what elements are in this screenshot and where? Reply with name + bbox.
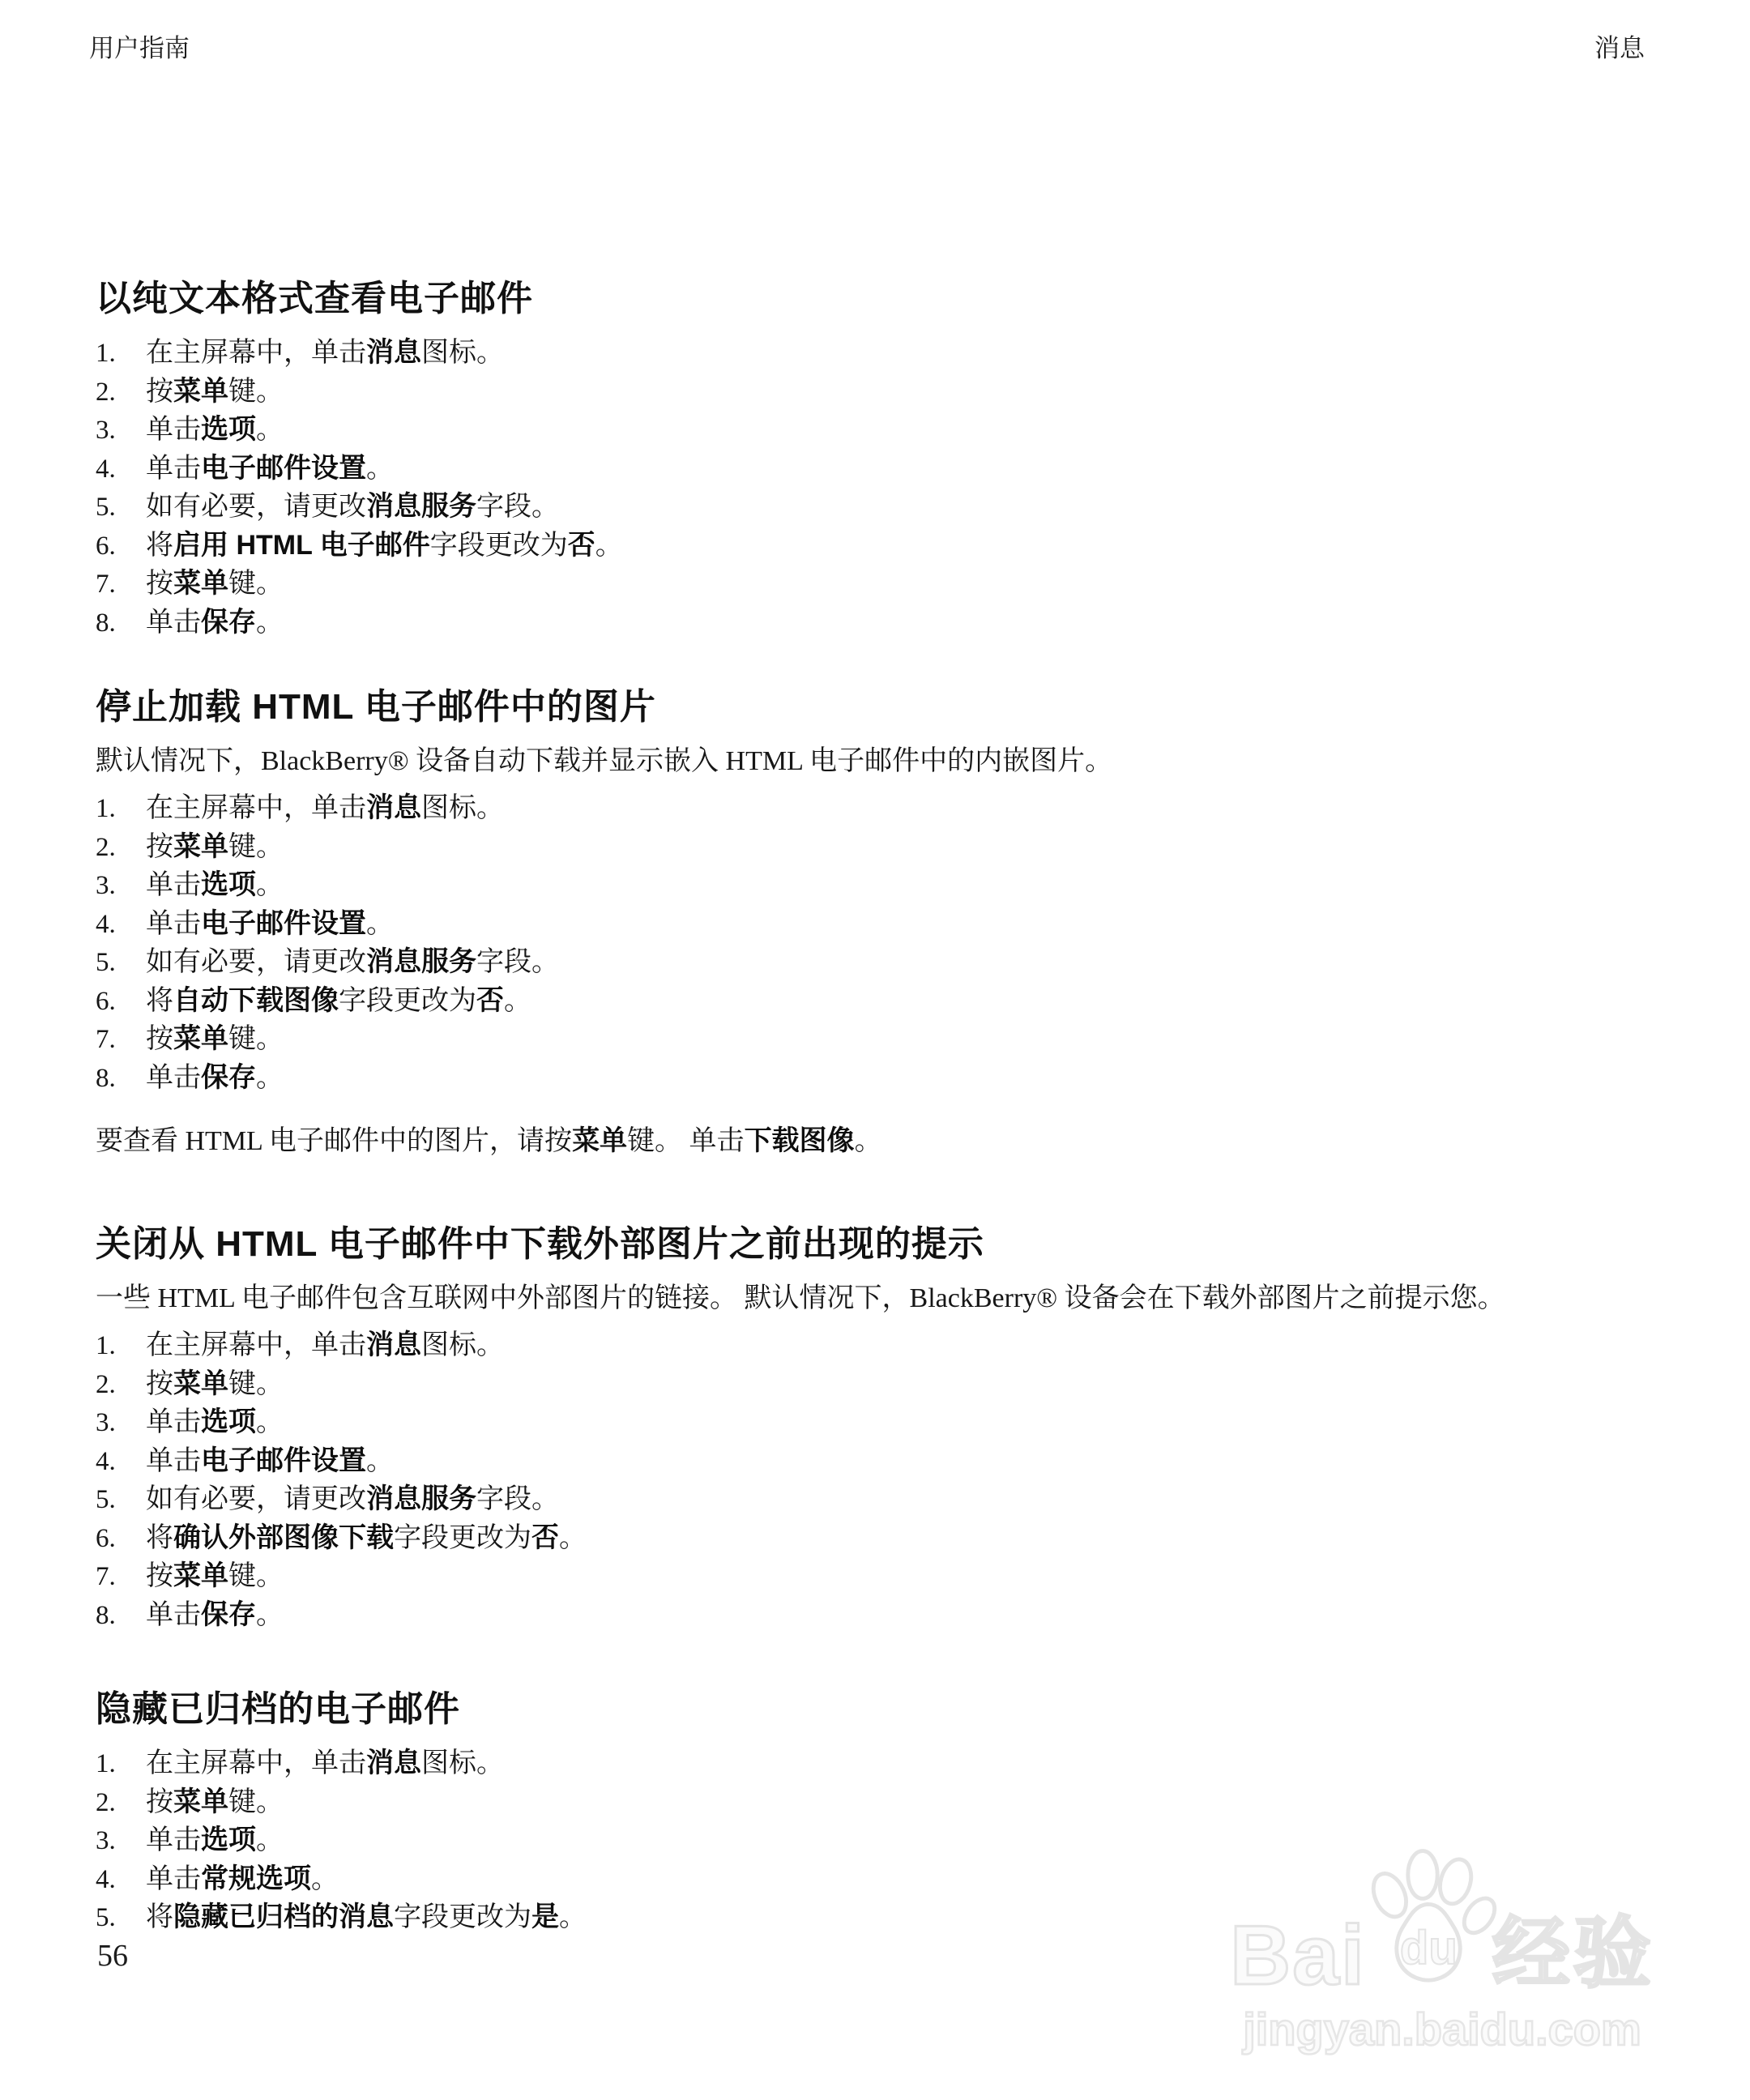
step-item: 6.将确认外部图像下载字段更改为否。 [96, 1519, 1649, 1558]
step-number: 5. [96, 1481, 146, 1519]
step-text: 如有必要，请更改消息服务字段。 [146, 943, 1649, 982]
step-item: 5.将隐藏已归档的消息字段更改为是。 [96, 1898, 1649, 1937]
step-number: 6. [96, 527, 146, 566]
step-item: 2.按菜单键。 [96, 828, 1649, 867]
step-number: 3. [96, 867, 146, 905]
section-title: 以纯文本格式查看电子邮件 [96, 277, 1649, 321]
watermark-url: jingyan.baidu.com [1215, 2004, 1669, 2055]
section-intro: 一些 HTML 电子邮件包含互联网中外部图片的链接。 默认情况下，BlackBe… [96, 1279, 1649, 1318]
step-number: 3. [96, 412, 146, 450]
step-text: 单击常规选项。 [146, 1860, 1649, 1899]
step-item: 5.如有必要，请更改消息服务字段。 [96, 1480, 1649, 1519]
section-title: 停止加载 HTML 电子邮件中的图片 [96, 685, 1649, 729]
step-item: 8.单击保存。 [96, 604, 1649, 642]
section-stop-loading-html-pictures: 停止加载 HTML 电子邮件中的图片 默认情况下，BlackBerry® 设备自… [96, 685, 1649, 1161]
step-number: 7. [96, 1558, 146, 1596]
step-number: 1. [96, 1327, 146, 1365]
step-number: 8. [96, 604, 146, 642]
step-item: 4.单击电子邮件设置。 [96, 1442, 1649, 1481]
section-hide-filed-email: 隐藏已归档的电子邮件 1.在主屏幕中，单击消息图标。2.按菜单键。3.单击选项。… [96, 1688, 1649, 1937]
step-item: 2.按菜单键。 [96, 373, 1649, 412]
step-item: 6.将启用 HTML 电子邮件字段更改为否。 [96, 527, 1649, 566]
step-text: 按菜单键。 [146, 373, 1649, 412]
step-text: 将自动下载图像字段更改为否。 [146, 982, 1649, 1021]
step-number: 5. [96, 489, 146, 527]
step-text: 如有必要，请更改消息服务字段。 [146, 488, 1649, 527]
step-text: 单击选项。 [146, 1821, 1649, 1860]
steps-list: 1.在主屏幕中，单击消息图标。2.按菜单键。3.单击选项。4.单击电子邮件设置。… [96, 789, 1649, 1097]
content: 以纯文本格式查看电子邮件 1.在主屏幕中，单击消息图标。2.按菜单键。3.单击选… [96, 0, 1649, 1937]
step-item: 3.单击选项。 [96, 866, 1649, 905]
step-number: 1. [96, 1745, 146, 1783]
step-number: 1. [96, 335, 146, 373]
step-item: 6.将自动下载图像字段更改为否。 [96, 982, 1649, 1021]
step-item: 3.单击选项。 [96, 411, 1649, 450]
step-item: 5.如有必要，请更改消息服务字段。 [96, 943, 1649, 982]
step-item: 3.单击选项。 [96, 1821, 1649, 1860]
step-number: 5. [96, 1899, 146, 1937]
step-number: 2. [96, 829, 146, 867]
step-text: 如有必要，请更改消息服务字段。 [146, 1480, 1649, 1519]
step-item: 1.在主屏幕中，单击消息图标。 [96, 789, 1649, 828]
step-item: 1.在主屏幕中，单击消息图标。 [96, 1326, 1649, 1365]
step-text: 将隐藏已归档的消息字段更改为是。 [146, 1898, 1649, 1937]
step-item: 8.单击保存。 [96, 1596, 1649, 1635]
step-number: 4. [96, 1443, 146, 1481]
step-text: 单击选项。 [146, 1403, 1649, 1442]
step-text: 单击电子邮件设置。 [146, 450, 1649, 489]
step-number: 3. [96, 1822, 146, 1860]
step-number: 8. [96, 1060, 146, 1098]
step-number: 7. [96, 1021, 146, 1059]
step-text: 按菜单键。 [146, 565, 1649, 604]
section-note: 要查看 HTML 电子邮件中的图片，请按菜单键。 单击下载图像。 [96, 1121, 1649, 1161]
section-view-email-plain-text: 以纯文本格式查看电子邮件 1.在主屏幕中，单击消息图标。2.按菜单键。3.单击选… [96, 277, 1649, 642]
step-number: 4. [96, 450, 146, 489]
step-item: 3.单击选项。 [96, 1403, 1649, 1442]
step-text: 按菜单键。 [146, 1557, 1649, 1596]
step-item: 7.按菜单键。 [96, 1557, 1649, 1596]
step-text: 在主屏幕中，单击消息图标。 [146, 1326, 1649, 1365]
step-text: 在主屏幕中，单击消息图标。 [146, 1744, 1649, 1783]
step-number: 4. [96, 906, 146, 944]
step-item: 4.单击电子邮件设置。 [96, 905, 1649, 944]
step-text: 在主屏幕中，单击消息图标。 [146, 789, 1649, 828]
section-title: 隐藏已归档的电子邮件 [96, 1688, 1649, 1731]
step-text: 单击电子邮件设置。 [146, 905, 1649, 944]
step-number: 4. [96, 1861, 146, 1899]
section-turn-off-external-picture-prompt: 关闭从 HTML 电子邮件中下载外部图片之前出现的提示 一些 HTML 电子邮件… [96, 1223, 1649, 1634]
step-text: 将确认外部图像下载字段更改为否。 [146, 1519, 1649, 1558]
step-text: 按菜单键。 [146, 828, 1649, 867]
step-item: 4.单击常规选项。 [96, 1860, 1649, 1899]
step-number: 2. [96, 1784, 146, 1822]
step-number: 3. [96, 1404, 146, 1442]
step-item: 2.按菜单键。 [96, 1365, 1649, 1404]
step-item: 2.按菜单键。 [96, 1783, 1649, 1822]
step-item: 1.在主屏幕中，单击消息图标。 [96, 334, 1649, 373]
step-item: 7.按菜单键。 [96, 565, 1649, 604]
step-number: 8. [96, 1597, 146, 1635]
step-text: 单击电子邮件设置。 [146, 1442, 1649, 1481]
steps-list: 1.在主屏幕中，单击消息图标。2.按菜单键。3.单击选项。4.单击电子邮件设置。… [96, 334, 1649, 642]
step-item: 8.单击保存。 [96, 1059, 1649, 1098]
steps-list: 1.在主屏幕中，单击消息图标。2.按菜单键。3.单击选项。4.单击常规选项。5.… [96, 1744, 1649, 1937]
step-item: 1.在主屏幕中，单击消息图标。 [96, 1744, 1649, 1783]
page-number: 56 [97, 1938, 128, 1974]
step-text: 按菜单键。 [146, 1365, 1649, 1404]
step-text: 将启用 HTML 电子邮件字段更改为否。 [146, 527, 1649, 566]
step-text: 单击保存。 [146, 1596, 1649, 1635]
step-item: 7.按菜单键。 [96, 1020, 1649, 1059]
step-number: 6. [96, 1520, 146, 1558]
step-number: 7. [96, 566, 146, 604]
step-text: 按菜单键。 [146, 1020, 1649, 1059]
step-number: 2. [96, 373, 146, 412]
step-text: 单击保存。 [146, 604, 1649, 642]
step-number: 6. [96, 983, 146, 1021]
step-text: 按菜单键。 [146, 1783, 1649, 1822]
step-text: 在主屏幕中，单击消息图标。 [146, 334, 1649, 373]
section-intro: 默认情况下，BlackBerry® 设备自动下载并显示嵌入 HTML 电子邮件中… [96, 742, 1649, 781]
step-number: 1. [96, 790, 146, 828]
step-number: 2. [96, 1366, 146, 1404]
step-number: 5. [96, 944, 146, 982]
section-title: 关闭从 HTML 电子邮件中下载外部图片之前出现的提示 [96, 1223, 1649, 1266]
step-item: 5.如有必要，请更改消息服务字段。 [96, 488, 1649, 527]
step-item: 4.单击电子邮件设置。 [96, 450, 1649, 489]
step-text: 单击选项。 [146, 866, 1649, 905]
steps-list: 1.在主屏幕中，单击消息图标。2.按菜单键。3.单击选项。4.单击电子邮件设置。… [96, 1326, 1649, 1634]
step-text: 单击保存。 [146, 1059, 1649, 1098]
step-text: 单击选项。 [146, 411, 1649, 450]
